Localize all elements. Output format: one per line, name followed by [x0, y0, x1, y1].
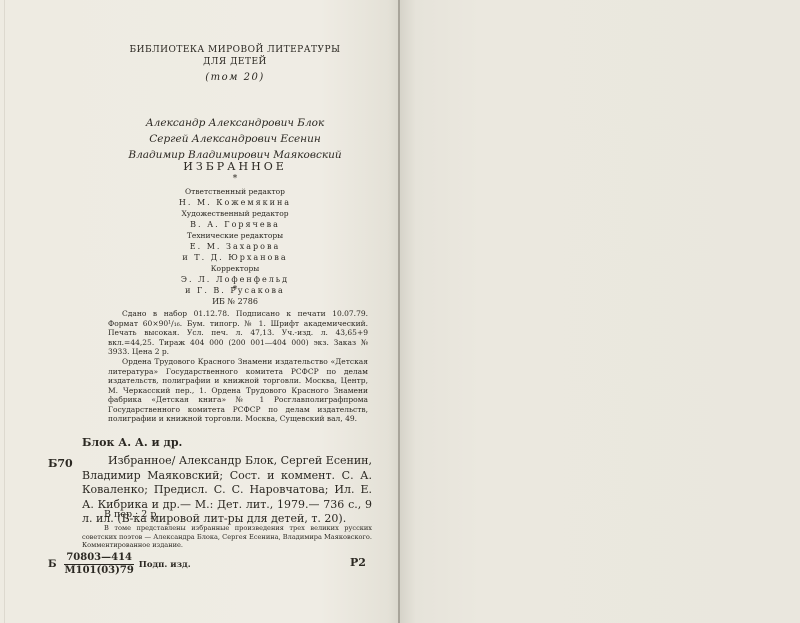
- bbk-index: Б 70803—414 М101(03)79 Подп. изд.: [48, 552, 191, 577]
- imprint-print-data: Сдано в набор 01.12.78. Подписано к печа…: [108, 309, 368, 357]
- book-spread: БИБЛИОТЕКА МИРОВОЙ ЛИТЕРАТУРЫ ДЛЯ ДЕТЕЙ …: [0, 0, 800, 623]
- series-line-2: ДЛЯ ДЕТЕЙ: [100, 56, 370, 68]
- catalog-code: Б70: [48, 457, 73, 470]
- credit-role: Ответственный редактор: [100, 186, 370, 197]
- credit-name: Э. Л. Лофенфельд: [100, 274, 370, 285]
- author: Александр Александрович Блок: [100, 115, 370, 131]
- credit-name: и Т. Д. Юрханова: [100, 252, 370, 263]
- volume-number: (том 20): [100, 72, 370, 83]
- series-title: БИБЛИОТЕКА МИРОВОЙ ЛИТЕРАТУРЫ ДЛЯ ДЕТЕЙ: [100, 44, 370, 68]
- imprint-publisher: Ордена Трудового Красного Знамени издате…: [108, 357, 368, 424]
- credit-name: В. А. Горячева: [100, 219, 370, 230]
- bbk-letter: Б: [48, 559, 57, 570]
- catalog-heading: Блок А. А. и др.: [82, 436, 182, 449]
- imprint-paragraph: Ордена Трудового Красного Знамени издате…: [108, 357, 368, 424]
- price: В пер.: 2 р.: [104, 509, 159, 520]
- separator-star: *: [100, 174, 370, 184]
- credit-name: Е. М. Захарова: [100, 241, 370, 252]
- bbk-denominator: М101(03)79: [63, 565, 136, 577]
- right-page-blank: [400, 0, 800, 623]
- bbk-suffix: Подп. изд.: [139, 560, 191, 570]
- credit-role: Технические редакторы: [100, 230, 370, 241]
- page-edge: [4, 0, 5, 623]
- bbk-numerator: 70803—414: [64, 552, 134, 565]
- bbk-fraction: 70803—414 М101(03)79: [63, 552, 136, 577]
- series-line-1: БИБЛИОТЕКА МИРОВОЙ ЛИТЕРАТУРЫ: [100, 44, 370, 56]
- authors-list: Александр Александрович Блок Сергей Алек…: [100, 115, 370, 163]
- credit-role: Корректоры: [100, 263, 370, 274]
- credits: Ответственный редактор Н. М. Кожемякина …: [100, 186, 370, 296]
- classifier-code: Р2: [350, 556, 366, 569]
- credit-name: Н. М. Кожемякина: [100, 197, 370, 208]
- imprint-paragraph: Сдано в набор 01.12.78. Подписано к печа…: [108, 309, 368, 357]
- ib-number: ИБ № 2786: [100, 297, 370, 306]
- author: Сергей Александрович Есенин: [100, 131, 370, 147]
- annotation: В томе представлены избранные произведен…: [82, 524, 372, 550]
- separator-star: *: [100, 285, 370, 295]
- annotation-text: В томе представлены избранные произведен…: [82, 524, 372, 550]
- book-title: ИЗБРАННОЕ: [100, 160, 370, 173]
- credit-role: Художественный редактор: [100, 208, 370, 219]
